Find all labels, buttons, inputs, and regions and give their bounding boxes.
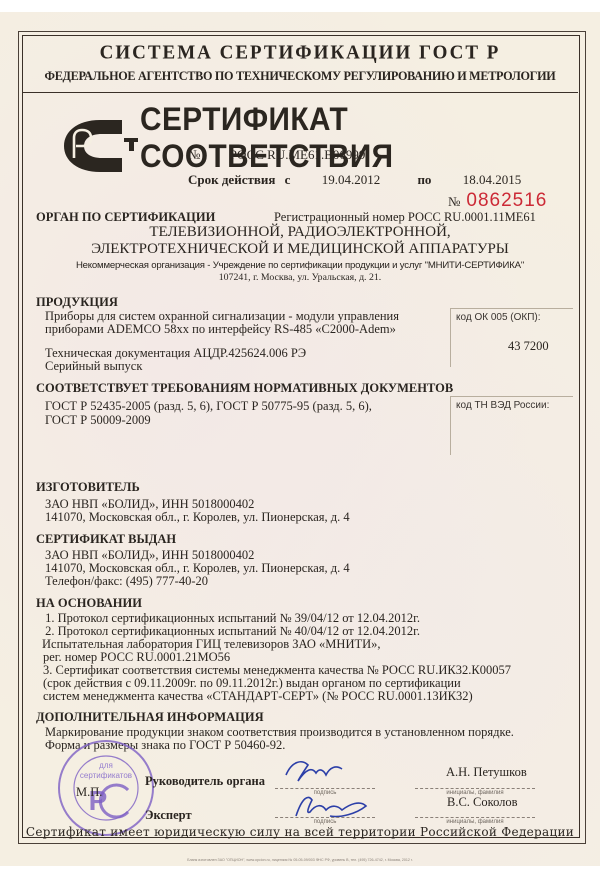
okp-code-label: код ОК 005 (ОКП): <box>456 312 573 323</box>
head-label: Руководитель органа <box>145 774 265 789</box>
compliance-standards-2: ГОСТ Р 50009-2009 <box>45 414 151 427</box>
seal-stamp-icon: для сертификатов P <box>56 738 156 838</box>
expert-label: Эксперт <box>145 808 192 823</box>
form-number: 0862516 <box>466 190 547 211</box>
compliance-standards-1: ГОСТ Р 52435-2005 (разд. 5, 6), ГОСТ Р 5… <box>45 400 372 413</box>
system-title: СИСТЕМА СЕРТИФИКАЦИИ ГОСТ Р <box>22 41 578 64</box>
tnved-code-box: код ТН ВЭД России: <box>450 396 573 455</box>
okp-code-box: код ОК 005 (ОКП): 43 7200 <box>450 308 573 367</box>
agency-name: ФЕДЕРАЛЬНОЕ АГЕНТСТВО ПО ТЕХНИЧЕСКОМУ РЕ… <box>22 69 578 84</box>
validity-to-label: по <box>417 172 431 187</box>
expert-name-line <box>415 817 535 818</box>
number-label: № <box>188 147 200 162</box>
expert-name: В.С. Соколов <box>447 795 518 810</box>
issued-to-heading: СЕРТИФИКАТ ВЫДАН <box>36 532 176 547</box>
product-heading: ПРОДУКЦИЯ <box>36 295 118 310</box>
legal-validity-note: Сертификат имеет юридическую силу на все… <box>22 825 578 839</box>
blank-print-note: Бланк изготовлен ЗАО "ОПЦИОН", www.opcio… <box>0 858 600 862</box>
valid-to-date: 18.04.2015 <box>463 172 522 187</box>
basis-heading: НА ОСНОВАНИИ <box>36 596 142 611</box>
validity-row: Срок действия с 19.04.2012 по 18.04.2015 <box>188 172 521 188</box>
registration-number: РОСС RU.0001.11МЕ61 <box>408 210 536 224</box>
manufacturer-heading: ИЗГОТОВИТЕЛЬ <box>36 480 140 495</box>
registration-label: Регистрационный номер <box>274 210 405 224</box>
head-signature-icon <box>282 757 346 787</box>
head-name-line <box>415 788 535 789</box>
certification-body-org: Некоммерческая организация - Учреждение … <box>22 260 578 271</box>
compliance-heading: СООТВЕТСТВУЕТ ТРЕБОВАНИЯМ НОРМАТИВНЫХ ДО… <box>36 381 453 396</box>
certification-body-address: 107241, г. Москва, ул. Уральская, д. 21. <box>22 272 578 283</box>
certificate-number-row: № РОСС RU.МЕ61.В06999 <box>188 147 365 163</box>
form-number-label: № <box>448 194 460 209</box>
basis-line: систем менеджмента качества «СТАНДАРТ-СЕ… <box>43 690 473 703</box>
head-signature-line <box>275 788 375 789</box>
header-divider <box>23 92 578 93</box>
validity-from-label: с <box>285 172 291 187</box>
form-number-row: №0862516 <box>448 190 547 212</box>
svg-text:сертификатов: сертификатов <box>80 771 132 780</box>
head-name: А.Н. Петушков <box>446 765 527 780</box>
svg-text:для: для <box>99 761 113 770</box>
validity-label: Срок действия <box>188 172 275 187</box>
product-production-type: Серийный выпуск <box>45 360 142 373</box>
certificate-title: СЕРТИФИКАТ СООТВЕТСТВИЯ <box>140 101 568 175</box>
registration-number-row: Регистрационный номер РОСС RU.0001.11МЕ6… <box>274 211 536 224</box>
stamp-place-label: М.П. <box>76 785 102 800</box>
certificate-number: РОСС RU.МЕ61.В06999 <box>230 147 366 162</box>
expert-signature-line <box>275 817 375 818</box>
certification-body-name-1: ТЕЛЕВИЗИОННОЙ, РАДИОЭЛЕКТРОННОЙ, <box>22 224 578 241</box>
issued-to-line-3: Телефон/факс: (495) 777-40-20 <box>45 575 208 588</box>
head-signature-caption: подпись <box>275 790 375 796</box>
certification-body-heading: ОРГАН ПО СЕРТИФИКАЦИИ <box>36 210 215 225</box>
rst-logo-icon <box>60 118 140 174</box>
additional-info-heading: ДОПОЛНИТЕЛЬНАЯ ИНФОРМАЦИЯ <box>36 710 264 725</box>
valid-from-date: 19.04.2012 <box>322 172 381 187</box>
okp-code-value: 43 7200 <box>508 339 573 354</box>
certification-body-name-2: ЭЛЕКТРОТЕХНИЧЕСКОЙ И МЕДИЦИНСКОЙ АППАРАТ… <box>22 241 578 258</box>
tnved-code-label: код ТН ВЭД России: <box>456 400 573 411</box>
manufacturer-line-2: 141070, Московская обл., г. Королев, ул.… <box>45 511 350 524</box>
product-description-2: приборами ADEMCO 58xx по интерфейсу RS-4… <box>45 323 396 336</box>
